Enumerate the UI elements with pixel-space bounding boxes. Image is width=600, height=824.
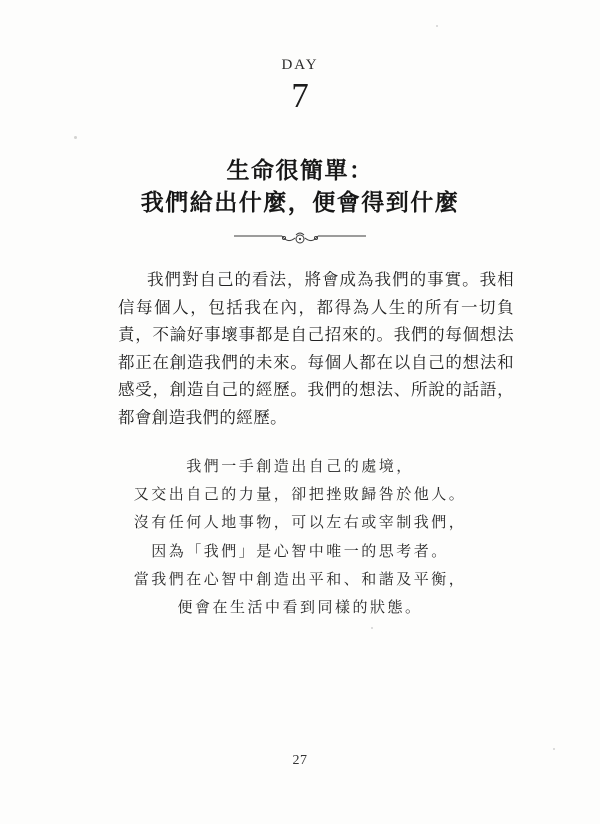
verse-line: 因為「我們」是心智中唯一的思考者。 [0,538,600,566]
verse-block: 我們一手創造出自己的處境， 又交出自己的力量，卻把挫敗歸咎於他人。 沒有任何人地… [0,453,600,622]
verse-line: 我們一手創造出自己的處境， [0,453,600,481]
verse-line: 沒有任何人地事物，可以左右或宰制我們， [0,509,600,537]
verse-line: 當我們在心智中創造出平和、和諧及平衡， [0,566,600,594]
scan-speck [74,136,77,139]
chapter-title-line1: 生命很簡單： [0,155,600,187]
book-page: DAY 7 生命很簡單： 我們給出什麼，便會得到什麼 我們對自己的看法，將會成為… [0,0,600,824]
body-paragraph: 我們對自己的看法，將會成為我們的事實。我相信每個人，包括我在內，都得為人生的所有… [118,266,514,431]
ornament-flourish-icon [232,228,368,245]
scan-speck [371,627,373,629]
page-number: 27 [0,753,600,769]
scan-speck [436,25,438,27]
section-divider [0,228,600,250]
day-number: 7 [0,76,600,116]
day-label: DAY [0,57,600,74]
verse-line: 便會在生活中看到同樣的狀態。 [0,594,600,622]
chapter-title: 生命很簡單： 我們給出什麼，便會得到什麼 [0,155,600,219]
verse-line: 又交出自己的力量，卻把挫敗歸咎於他人。 [0,481,600,509]
scan-speck [553,748,555,750]
chapter-title-line2: 我們給出什麼，便會得到什麼 [0,187,600,219]
